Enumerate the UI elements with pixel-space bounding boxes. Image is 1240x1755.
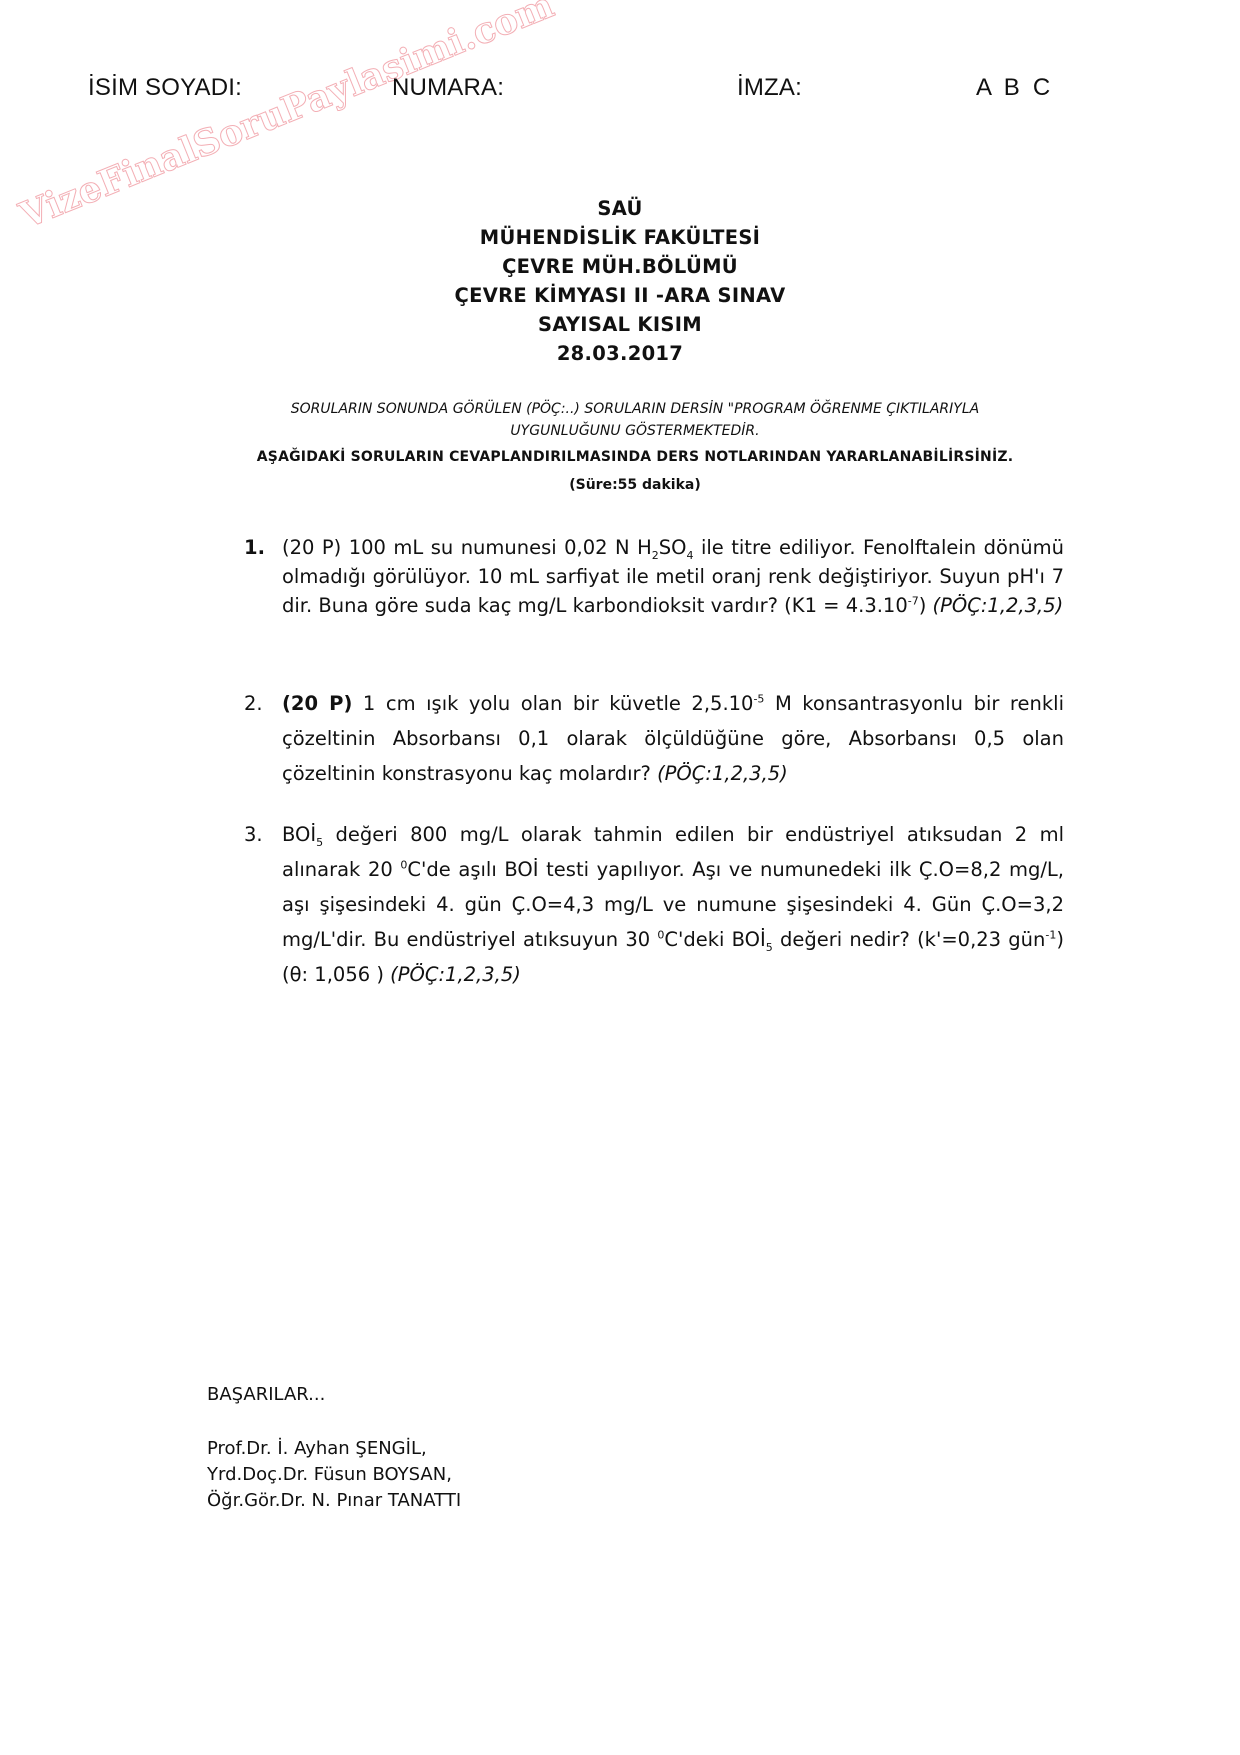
subscript: 5 xyxy=(766,941,773,954)
poc-ref: (PÖÇ:1,2,3,5) xyxy=(933,594,1064,617)
text: C'deki BOİ xyxy=(664,928,765,951)
instructor: Prof.Dr. İ. Ayhan ŞENGİL, xyxy=(207,1436,461,1462)
note-poc-1: SORULARIN SONUNDA GÖRÜLEN (PÖÇ:..) SORUL… xyxy=(180,398,1090,420)
superscript: -5 xyxy=(753,693,764,706)
question-1: 1. (20 P) 100 mL su numunesi 0,02 N H2SO… xyxy=(244,533,1064,620)
note-poc-2: UYGUNLUĞUNU GÖSTERMEKTEDİR. xyxy=(180,420,1090,442)
question-text: (20 P) 1 cm ışık yolu olan bir küvetle 2… xyxy=(282,686,1064,791)
name-label: İSİM SOYADI: xyxy=(88,74,242,102)
text: BOİ xyxy=(282,823,316,846)
question-number: 2. xyxy=(244,686,263,721)
text: 1 cm ışık yolu olan bir küvetle 2,5.10 xyxy=(352,692,753,715)
question-2: 2. (20 P) 1 cm ışık yolu olan bir küvetl… xyxy=(244,686,1064,791)
superscript: -1 xyxy=(1045,929,1056,942)
points: (20 P) xyxy=(282,692,352,715)
question-text: (20 P) 100 mL su numunesi 0,02 N H2SO4 i… xyxy=(282,533,1064,620)
university: SAÜ xyxy=(0,194,1240,223)
question-number: 1. xyxy=(244,533,265,562)
closing-text: BAŞARILAR... xyxy=(207,1380,461,1410)
footer: BAŞARILAR... Prof.Dr. İ. Ayhan ŞENGİL, Y… xyxy=(207,1380,461,1514)
department: ÇEVRE MÜH.BÖLÜMÜ xyxy=(0,252,1240,281)
question-number: 3. xyxy=(244,817,263,852)
poc-ref: (PÖÇ:1,2,3,5) xyxy=(390,963,521,986)
instructor: Öğr.Gör.Dr. N. Pınar TANATTI xyxy=(207,1488,461,1514)
faculty: MÜHENDİSLİK FAKÜLTESİ xyxy=(0,223,1240,252)
note-allowed-notes: AŞAĞIDAKİ SORULARIN CEVAPLANDIRILMASINDA… xyxy=(180,444,1090,470)
section: SAYISAL KISIM xyxy=(0,310,1240,339)
exam-date: 28.03.2017 xyxy=(0,339,1240,368)
subscript: 2 xyxy=(652,549,659,562)
exam-title-block: SAÜ MÜHENDİSLİK FAKÜLTESİ ÇEVRE MÜH.BÖLÜ… xyxy=(0,194,1240,368)
exam-notes: SORULARIN SONUNDA GÖRÜLEN (PÖÇ:..) SORUL… xyxy=(180,398,1090,498)
question-3: 3. BOİ5 değeri 800 mg/L olarak tahmin ed… xyxy=(244,817,1064,992)
points: (20 P) xyxy=(282,536,341,559)
text: SO xyxy=(659,536,687,559)
exam-groups: A B C xyxy=(976,74,1050,102)
exam-page: VizeFinalSoruPaylasimi.com İSİM SOYADI: … xyxy=(0,0,1240,1755)
course-exam: ÇEVRE KİMYASI II -ARA SINAV xyxy=(0,281,1240,310)
text: ) xyxy=(919,594,927,617)
poc-ref: (PÖÇ:1,2,3,5) xyxy=(657,762,788,785)
instructors: Prof.Dr. İ. Ayhan ŞENGİL, Yrd.Doç.Dr. Fü… xyxy=(207,1436,461,1514)
text: 100 mL su numunesi 0,02 N H xyxy=(341,536,652,559)
text: değeri nedir? (k'=0,23 gün xyxy=(773,928,1046,951)
signature-label: İMZA: xyxy=(737,74,802,102)
instructor: Yrd.Doç.Dr. Füsun BOYSAN, xyxy=(207,1462,461,1488)
question-text: BOİ5 değeri 800 mg/L olarak tahmin edile… xyxy=(282,817,1064,992)
number-label: NUMARA: xyxy=(392,74,504,102)
duration: (Süre:55 dakika) xyxy=(180,472,1090,498)
superscript: -7 xyxy=(908,595,919,608)
